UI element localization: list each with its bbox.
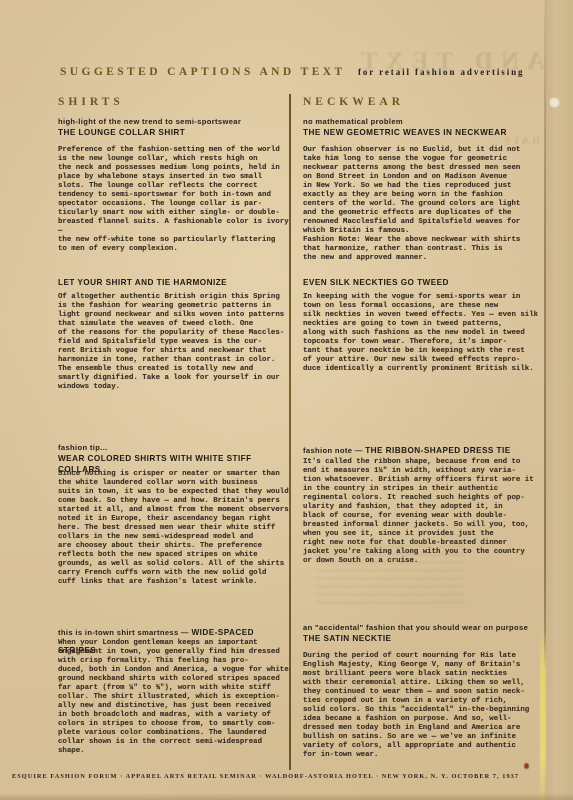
section-geometric-weaves: no mathematical problem THE NEW GEOMETRI… bbox=[303, 116, 541, 138]
masthead: SUGGESTED CAPTIONS AND TEXT for retail f… bbox=[60, 62, 524, 80]
column-title-shirts: SHIRTS bbox=[58, 96, 290, 108]
section-body: When your London gentleman keeps an impo… bbox=[58, 639, 290, 756]
section-body: Preference of the fashion-setting men of… bbox=[58, 146, 290, 254]
section-heading: THE RIBBON-SHAPED DRESS TIE bbox=[365, 446, 510, 455]
section-silk-neckties-tweed: EVEN SILK NECKTIES GO TWEED bbox=[303, 277, 541, 288]
column-title-neckwear: NECKWEAR bbox=[303, 96, 541, 108]
section-kicker: an "accidental" fashion that you should … bbox=[303, 622, 541, 633]
section-body: Our fashion observer is no Euclid, but i… bbox=[303, 146, 541, 263]
section-satin-necktie: an "accidental" fashion that you should … bbox=[303, 622, 541, 644]
scanned-document-page: { "colors": { "paper": "#d9c29b", "accen… bbox=[0, 0, 573, 800]
footer-event-line: ESQUIRE FASHION FORUM · APPAREL ARTS RET… bbox=[12, 773, 519, 780]
section-heading: THE LOUNGE COLLAR SHIRT bbox=[58, 127, 290, 138]
stain-dot bbox=[524, 763, 529, 769]
page-bottom-shadow bbox=[0, 793, 573, 800]
section-shirt-tie-harmonize: LET YOUR SHIRT AND TIE HARMONIZE bbox=[58, 277, 290, 288]
section-heading: LET YOUR SHIRT AND TIE HARMONIZE bbox=[58, 277, 290, 288]
page-edge-strip bbox=[545, 0, 573, 800]
section-heading: THE NEW GEOMETRIC WEAVES IN NECKWEAR bbox=[303, 127, 541, 138]
section-kicker: fashion tip... bbox=[58, 442, 290, 453]
section-body: Of altogether authentic British origin t… bbox=[58, 293, 290, 392]
section-heading: EVEN SILK NECKTIES GO TWEED bbox=[303, 277, 541, 288]
section-lead: this is in-town shirt smartness — bbox=[58, 628, 191, 637]
section-body: In keeping with the vogue for semi-sport… bbox=[303, 293, 541, 374]
section-lounge-collar-shirt: high-light of the new trend to semi-spor… bbox=[58, 116, 290, 138]
punch-hole bbox=[549, 97, 560, 108]
section-heading: THE SATIN NECKTIE bbox=[303, 633, 541, 644]
page-subtitle: for retail fashion advertising bbox=[358, 67, 524, 77]
section-body: It's called the ribbon shape, because fr… bbox=[303, 458, 541, 566]
page-title: SUGGESTED CAPTIONS AND TEXT bbox=[60, 66, 346, 78]
section-body: During the period of court mourning for … bbox=[303, 652, 541, 760]
section-ribbon-shaped-dress-tie: fashion note — THE RIBBON-SHAPED DRESS T… bbox=[303, 440, 541, 458]
section-kicker: high-light of the new trend to semi-spor… bbox=[58, 116, 290, 127]
section-body: Since nothing is crisper or neater or sm… bbox=[58, 470, 290, 587]
section-kicker: no mathematical problem bbox=[303, 116, 541, 127]
section-lead: fashion note — bbox=[303, 446, 365, 455]
